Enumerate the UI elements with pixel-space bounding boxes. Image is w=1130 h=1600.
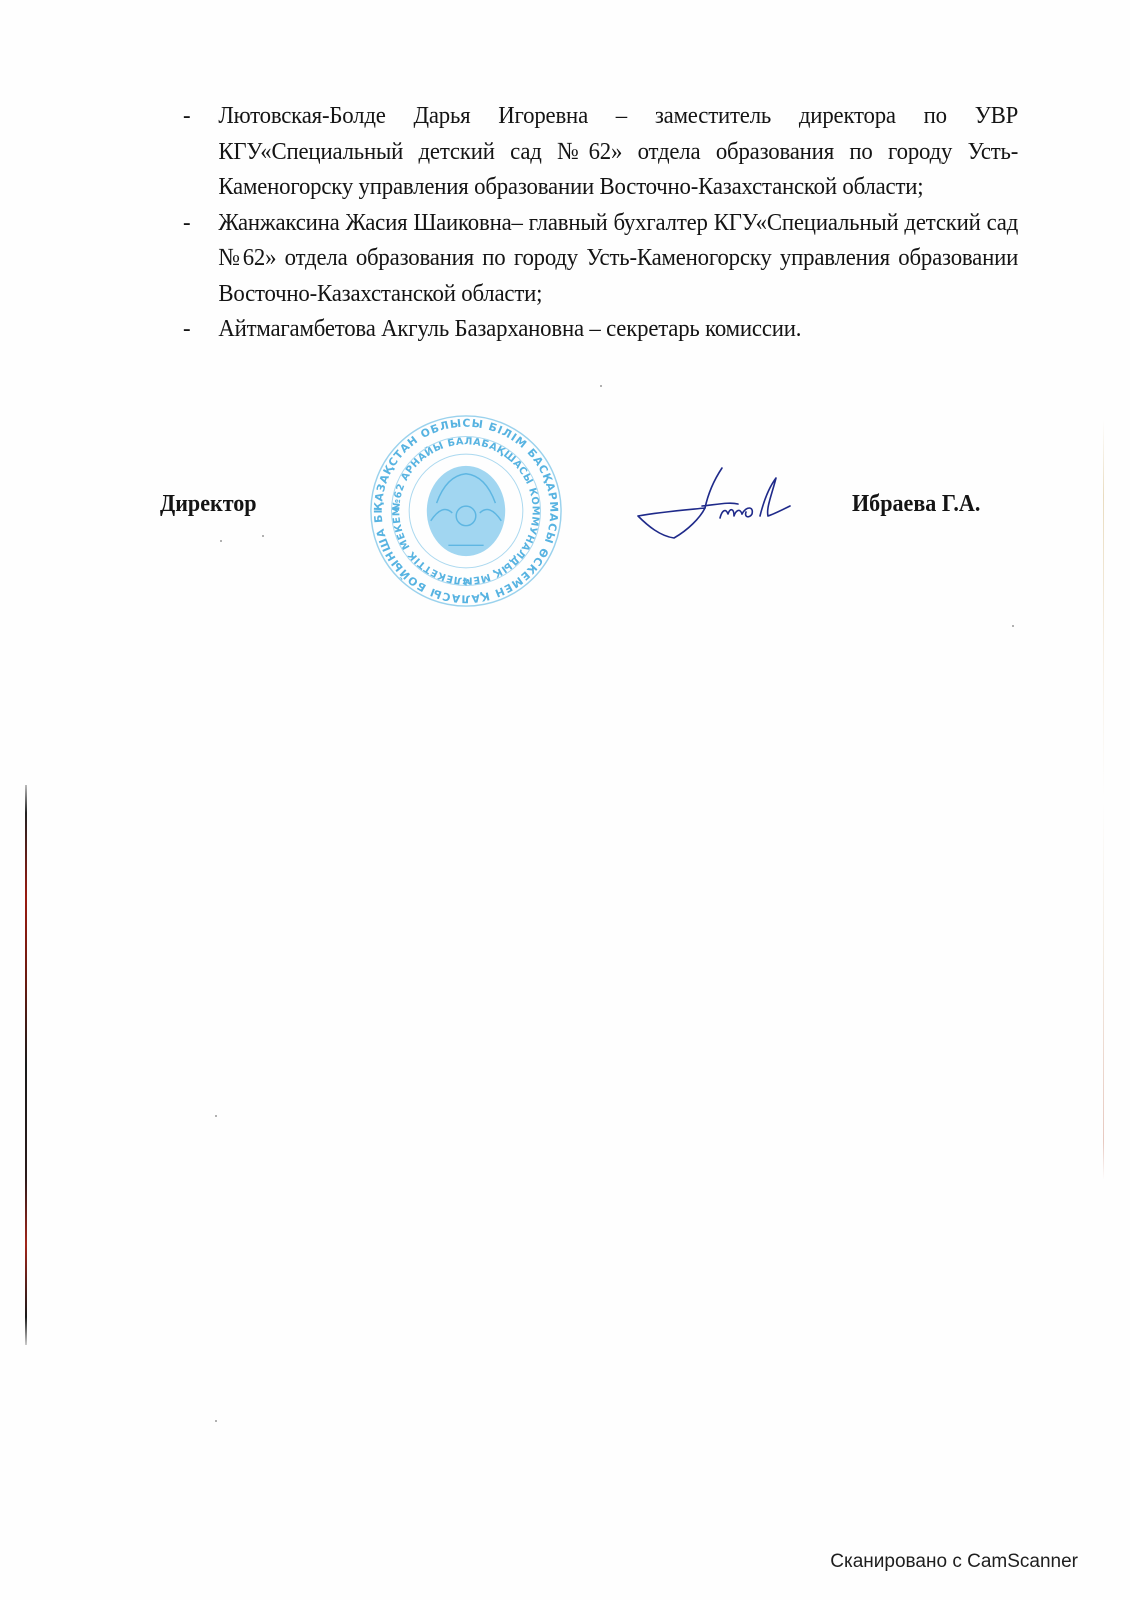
scan-speck (262, 535, 264, 537)
signature-block: Директор ҚАЗАҚСТАН ОБЛЫСЫ БІЛІМ БАСҚАРМА… (0, 0, 1130, 700)
signer-name: Ибраева Г.А. (852, 491, 980, 518)
document-page: - Лютовская-Болде Дарья Игоревна – замес… (0, 0, 1130, 1600)
svg-text:✲: ✲ (462, 577, 470, 588)
official-stamp-icon: ҚАЗАҚСТАН ОБЛЫСЫ БІЛІМ БАСҚАРМАСЫ ӨСКЕМЕ… (368, 413, 564, 609)
signature-icon (630, 458, 800, 548)
scan-edge-line (25, 785, 27, 1345)
signer-role: Директор (160, 491, 257, 518)
scan-speck (215, 1115, 217, 1117)
scan-speck (220, 540, 222, 542)
scan-edge-line (1103, 420, 1104, 1180)
scan-speck (600, 385, 602, 387)
scan-speck (1012, 625, 1014, 627)
camscanner-watermark: Сканировано с CamScanner (830, 1551, 1078, 1573)
scan-speck (215, 1420, 217, 1422)
